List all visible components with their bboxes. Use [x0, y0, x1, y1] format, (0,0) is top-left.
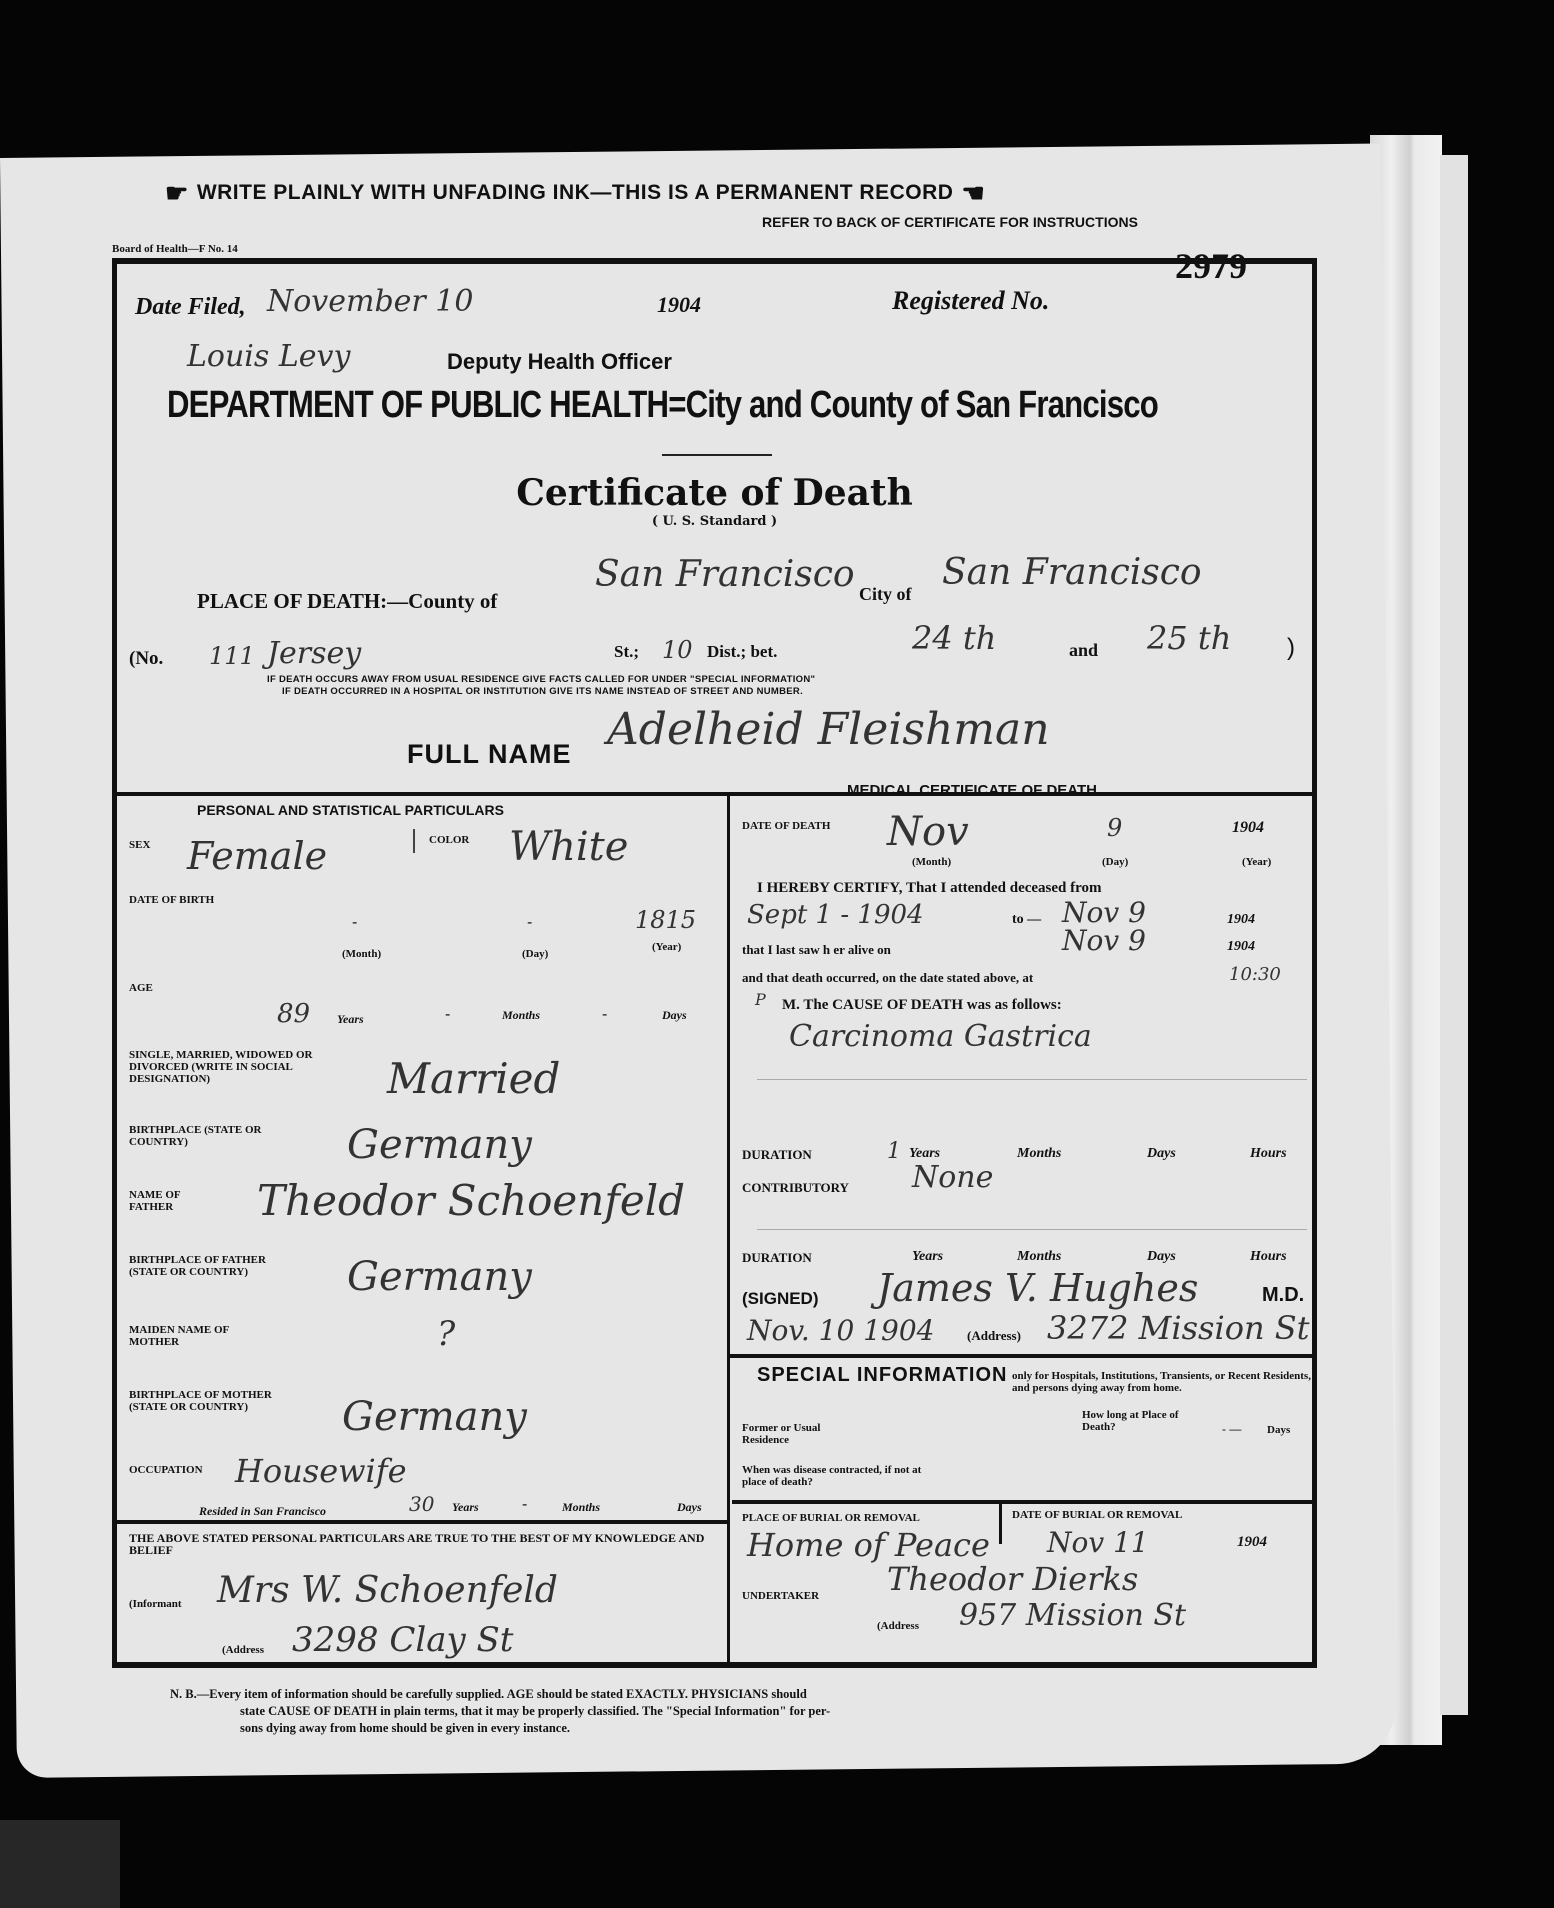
nb-line-2: state CAUSE OF DEATH in plain terms, tha…	[170, 1703, 1250, 1720]
contributory-label: CONTRIBUTORY	[742, 1182, 849, 1194]
street-number: 111	[209, 642, 255, 670]
burial-rule	[732, 1500, 1317, 1504]
informant-label: (Informant	[129, 1598, 182, 1610]
and-label: and	[1069, 640, 1098, 661]
mother-birthplace-value: Germany	[342, 1394, 527, 1440]
last-saw-date: Nov 9	[1062, 924, 1146, 957]
special-rule	[727, 1354, 1317, 1358]
contributory-years-caption: Years	[912, 1249, 943, 1265]
time-suffix: P	[755, 990, 766, 1009]
attended-to-year: 1904	[1227, 912, 1255, 928]
birthplace-label: BIRTHPLACE (State or Country)	[129, 1124, 279, 1148]
form-id: Board of Health—F No. 14	[112, 243, 238, 255]
resided-years: 30	[409, 1492, 434, 1516]
date-filed-value: November 10	[267, 284, 473, 319]
burial-divider	[999, 1504, 1002, 1544]
contributory-value: None	[912, 1160, 993, 1195]
registered-label: Registered No.	[892, 286, 1049, 316]
contributory-months-caption: Months	[1017, 1249, 1061, 1265]
date-filed-year: 1904	[657, 292, 701, 318]
signed-label: (SIGNED)	[742, 1289, 819, 1309]
how-long-value: - —	[1222, 1422, 1241, 1436]
duration-months-caption: Months	[1017, 1146, 1061, 1162]
contributory-line	[757, 1229, 1307, 1230]
informant-rule	[117, 1520, 727, 1524]
age-months: -	[445, 1006, 450, 1024]
dob-day: -	[527, 914, 532, 932]
date-filed-label: Date Filed,	[135, 294, 246, 321]
section-rule	[112, 792, 1317, 796]
former-residence-label: Former or Usual Residence	[742, 1422, 842, 1446]
certificate-frame: Date Filed, November 10 1904 Registered …	[112, 258, 1317, 1668]
occupation-value: Housewife	[235, 1452, 407, 1490]
days-caption: Days	[662, 1008, 687, 1023]
duration-hours-caption: Hours	[1250, 1146, 1287, 1162]
full-name-value: Adelheid Fleishman	[607, 704, 1050, 755]
color-value: White	[509, 824, 628, 870]
officer-signature: Louis Levy	[187, 339, 350, 374]
duration-label: DURATION	[742, 1149, 812, 1161]
death-day: 9	[1107, 814, 1122, 842]
column-divider	[727, 792, 730, 1662]
color-label: COLOR	[429, 834, 469, 846]
signed-date: Nov. 10 1904	[747, 1314, 934, 1347]
title-rule	[662, 454, 772, 456]
between-street-2: 25 th	[1147, 619, 1231, 657]
certificate-subtitle: ( U. S. Standard )	[117, 514, 1312, 529]
county-value: San Francisco	[595, 554, 855, 595]
contributory-hours-caption: Hours	[1250, 1249, 1287, 1265]
resided-days-caption: Days	[677, 1500, 702, 1515]
md-label: M.D.	[1262, 1284, 1304, 1307]
age-label: AGE	[129, 982, 153, 994]
birthplace-value: Germany	[347, 1122, 532, 1168]
attended-from: Sept 1 - 1904	[747, 900, 924, 930]
mother-birthplace-label: BIRTHPLACE OF MOTHER (State or Country)	[129, 1389, 279, 1413]
nb-line-3: sons dying away from home should be give…	[170, 1720, 1250, 1737]
dob-label: DATE OF BIRTH	[129, 894, 214, 906]
nb-instructions: N. B.—Every item of information should b…	[170, 1686, 1250, 1737]
street-label: St.;	[614, 642, 639, 662]
day-caption: (Day)	[522, 948, 548, 960]
page-edge-stack-back	[1440, 155, 1468, 1715]
burial-date-label: DATE of BURIAL or REMOVAL	[1012, 1509, 1182, 1521]
contributory-days-caption: Days	[1147, 1249, 1176, 1265]
city-label: City of	[859, 584, 912, 605]
contracted-label: When was disease contracted, if not at p…	[742, 1464, 942, 1488]
usual-residence-note: IF DEATH OCCURS AWAY FROM USUAL RESIDENC…	[267, 674, 815, 685]
banner-text: WRITE PLAINLY WITH UNFADING INK—THIS IS …	[197, 181, 954, 205]
mother-name-label: MAIDEN NAME OF MOTHER	[129, 1324, 279, 1348]
undertaker-address: 957 Mission St	[959, 1598, 1186, 1633]
contributory-duration-label: DURATION	[742, 1252, 812, 1264]
undertaker-address-label: (Address	[877, 1620, 919, 1632]
sex-value: Female	[187, 834, 327, 878]
burial-date: Nov 11	[1047, 1526, 1149, 1559]
personal-heading: PERSONAL AND STATISTICAL PARTICULARS	[197, 802, 504, 818]
burial-year: 1904	[1237, 1534, 1267, 1551]
mother-name-value: ?	[437, 1314, 455, 1354]
officer-title: Deputy Health Officer	[447, 349, 672, 375]
father-birthplace-label: BIRTHPLACE OF FATHER (State or Country)	[129, 1254, 279, 1278]
sex-label: SEX	[129, 839, 150, 851]
months-caption: Months	[502, 1008, 540, 1023]
marital-label: SINGLE, MARRIED, WIDOWED OR DIVORCED (Wr…	[129, 1049, 339, 1085]
undertaker-name: Theodor Dierks	[887, 1560, 1138, 1598]
full-name-label: FULL NAME	[407, 739, 572, 770]
death-month: Nov	[887, 809, 969, 855]
death-day-caption: (Day)	[1102, 856, 1128, 868]
informant-address-label: (Address	[222, 1644, 264, 1656]
informant-address: 3298 Clay St	[292, 1620, 513, 1660]
how-long-days-caption: Days	[1267, 1424, 1290, 1436]
resided-months-caption: Months	[562, 1500, 600, 1515]
color-divider	[413, 829, 415, 853]
death-year: 1904	[1232, 819, 1264, 837]
resided-label: Resided in San Francisco	[199, 1504, 326, 1519]
informant-name: Mrs W. Schoenfeld	[217, 1570, 558, 1611]
pointing-hand-icon: ☛	[165, 180, 189, 206]
cause-label: M. The CAUSE OF DEATH was as follows:	[782, 997, 1062, 1014]
duration-days-caption: Days	[1147, 1146, 1176, 1162]
duration-years: 1	[887, 1139, 901, 1164]
father-birthplace-value: Germany	[347, 1254, 532, 1300]
age-years: 89	[277, 999, 310, 1029]
father-name-label: NAME OF FATHER	[129, 1189, 209, 1213]
between-street-1: 24 th	[912, 619, 996, 657]
pointing-hand-icon: ☚	[961, 180, 985, 206]
permanent-record-banner: ☛ WRITE PLAINLY WITH UNFADING INK—THIS I…	[165, 180, 985, 206]
closing-paren: )	[1287, 634, 1295, 662]
certify-statement: I HEREBY CERTIFY, That I attended deceas…	[757, 880, 1102, 897]
burial-place: Home of Peace	[747, 1526, 990, 1564]
physician-address-label: (Address)	[967, 1330, 1021, 1342]
attended-to-label: to —	[1012, 912, 1041, 928]
certificate-title: Certificate of Death	[117, 472, 1312, 514]
undertaker-label: UNDERTAKER	[742, 1590, 819, 1602]
district-label: Dist.; bet.	[707, 642, 777, 662]
street-number-label: (No.	[129, 648, 163, 670]
department-heading: DEPARTMENT OF PUBLIC HEALTH=City and Cou…	[167, 384, 1158, 427]
burial-place-label: PLACE OF BURIAL OR REMOVAL	[742, 1512, 920, 1524]
medical-heading: MEDICAL CERTIFICATE OF DEATH	[847, 782, 1097, 799]
informant-statement: THE ABOVE STATED PERSONAL PARTICULARS AR…	[129, 1532, 719, 1556]
street-name: Jersey	[267, 636, 361, 671]
resided-years-caption: Years	[452, 1500, 479, 1515]
place-of-death-label: PLACE OF DEATH:—County of	[197, 589, 497, 614]
physician-signature: James V. Hughes	[877, 1266, 1198, 1310]
father-name-value: Theodor Schoenfeld	[257, 1176, 685, 1225]
last-saw-year: 1904	[1227, 939, 1255, 955]
lower-page-shadow	[0, 1820, 120, 1908]
resided-months: -	[522, 1496, 527, 1514]
nb-line-1: N. B.—Every item of information should b…	[170, 1687, 807, 1701]
death-year-caption: (Year)	[1242, 856, 1271, 868]
years-caption: Years	[337, 1012, 364, 1027]
date-of-death-label: DATE OF DEATH	[742, 820, 830, 832]
last-saw-label: that I last saw h er alive on	[742, 942, 891, 958]
special-note: only for Hospitals, Institutions, Transi…	[742, 1370, 1327, 1394]
dob-year: 1815	[635, 906, 696, 934]
cause-of-death: Carcinoma Gastrica	[789, 1019, 1092, 1054]
city-value: San Francisco	[942, 552, 1202, 593]
time-of-death: 10:30	[1229, 964, 1281, 985]
death-month-caption: (Month)	[912, 856, 951, 868]
occurred-label: and that death occurred, on the date sta…	[742, 970, 1033, 986]
district-value: 10	[662, 636, 693, 664]
cause-line	[757, 1079, 1307, 1080]
hospital-note: IF DEATH OCCURRED IN A HOSPITAL OR INSTI…	[282, 686, 803, 697]
how-long-label: How long at Place of Death?	[1082, 1409, 1192, 1433]
dob-month: -	[352, 914, 357, 932]
age-days: -	[602, 1006, 607, 1024]
month-caption: (Month)	[342, 948, 381, 960]
marital-value: Married	[387, 1054, 560, 1103]
occupation-label: OCCUPATION	[129, 1464, 203, 1476]
year-caption: (Year)	[652, 941, 681, 953]
refer-instructions: REFER TO BACK OF CERTIFICATE FOR INSTRUC…	[762, 214, 1138, 230]
physician-address: 3272 Mission St	[1047, 1309, 1310, 1347]
